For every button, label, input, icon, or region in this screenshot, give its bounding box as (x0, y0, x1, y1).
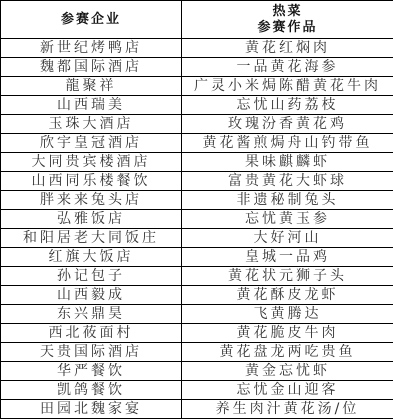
competition-table: 参赛企业 热菜 参赛作品 新世纪烤鸭店黄花红焖肉魏都国际酒店一品黄花海参龍聚祥广… (0, 0, 393, 419)
company-cell: 胖来来兔头店 (1, 191, 182, 210)
company-cell: 大同贵宾楼酒店 (1, 153, 182, 172)
header-company: 参赛企业 (1, 1, 182, 39)
dish-cell: 黄花盘龙两吃贵鱼 (182, 343, 393, 362)
dish-cell: 黄花状元狮子头 (182, 267, 393, 286)
table-row: 龍聚祥广灵小米焗陈醋黄花牛肉 (1, 77, 393, 96)
dish-cell: 黄花酥皮龙虾 (182, 286, 393, 305)
dish-cell: 一品黄花海参 (182, 58, 393, 77)
dish-cell: 非遗秘制兔头 (182, 191, 393, 210)
company-cell: 欣宇皇冠酒店 (1, 134, 182, 153)
table-row: 天贵国际酒店黄花盘龙两吃贵鱼 (1, 343, 393, 362)
table-row: 田园北魏家宴养生肉汁黄花汤/位 (1, 400, 393, 419)
table-row: 西北莜面村黄花脆皮牛肉 (1, 324, 393, 343)
dish-cell: 飞黄腾达 (182, 305, 393, 324)
dish-cell: 忘忧黄玉参 (182, 210, 393, 229)
table-row: 红旗大饭店皇城一品鸡 (1, 248, 393, 267)
company-cell: 山西瑞美 (1, 96, 182, 115)
table-row: 弘雅饭店忘忧黄玉参 (1, 210, 393, 229)
company-cell: 和阳居老大同饭庄 (1, 229, 182, 248)
table-row: 魏都国际酒店一品黄花海参 (1, 58, 393, 77)
header-dish: 热菜 参赛作品 (182, 1, 393, 39)
table-row: 凯鸽餐饮忘忧金山迎客 (1, 381, 393, 400)
table-row: 新世纪烤鸭店黄花红焖肉 (1, 39, 393, 58)
company-cell: 玉珠大酒店 (1, 115, 182, 134)
dish-cell: 黄花酱煎焗舟山钓带鱼 (182, 134, 393, 153)
dish-cell: 皇城一品鸡 (182, 248, 393, 267)
company-cell: 东兴鼎昊 (1, 305, 182, 324)
table-row: 山西同乐楼餐饮富贵黄花大虾球 (1, 172, 393, 191)
dish-cell: 大好河山 (182, 229, 393, 248)
table-row: 山西毅成黄花酥皮龙虾 (1, 286, 393, 305)
company-cell: 华严餐饮 (1, 362, 182, 381)
table-row: 东兴鼎昊飞黄腾达 (1, 305, 393, 324)
dish-cell: 广灵小米焗陈醋黄花牛肉 (182, 77, 393, 96)
company-cell: 西北莜面村 (1, 324, 182, 343)
company-cell: 弘雅饭店 (1, 210, 182, 229)
company-cell: 新世纪烤鸭店 (1, 39, 182, 58)
company-cell: 天贵国际酒店 (1, 343, 182, 362)
company-cell: 凯鸽餐饮 (1, 381, 182, 400)
dish-cell: 忘忧山药荔枝 (182, 96, 393, 115)
header-dish-line2: 参赛作品 (182, 20, 393, 36)
dish-cell: 黄花红焖肉 (182, 39, 393, 58)
company-cell: 龍聚祥 (1, 77, 182, 96)
table-row: 华严餐饮黄金忘忧虾 (1, 362, 393, 381)
dish-cell: 黄金忘忧虾 (182, 362, 393, 381)
dish-cell: 果味麒麟虾 (182, 153, 393, 172)
table-row: 大同贵宾楼酒店果味麒麟虾 (1, 153, 393, 172)
dish-cell: 玫瑰汾香黄花鸡 (182, 115, 393, 134)
company-cell: 山西同乐楼餐饮 (1, 172, 182, 191)
dish-cell: 黄花脆皮牛肉 (182, 324, 393, 343)
table-row: 山西瑞美忘忧山药荔枝 (1, 96, 393, 115)
table-row: 胖来来兔头店非遗秘制兔头 (1, 191, 393, 210)
company-cell: 魏都国际酒店 (1, 58, 182, 77)
table-row: 孙记包子黄花状元狮子头 (1, 267, 393, 286)
company-cell: 田园北魏家宴 (1, 400, 182, 419)
header-dish-line1: 热菜 (182, 4, 393, 20)
dish-cell: 养生肉汁黄花汤/位 (182, 400, 393, 419)
table-row: 玉珠大酒店玫瑰汾香黄花鸡 (1, 115, 393, 134)
header-row: 参赛企业 热菜 参赛作品 (1, 1, 393, 39)
dish-cell: 忘忧金山迎客 (182, 381, 393, 400)
dish-cell: 富贵黄花大虾球 (182, 172, 393, 191)
table-row: 欣宇皇冠酒店黄花酱煎焗舟山钓带鱼 (1, 134, 393, 153)
company-cell: 孙记包子 (1, 267, 182, 286)
company-cell: 红旗大饭店 (1, 248, 182, 267)
table-row: 和阳居老大同饭庄大好河山 (1, 229, 393, 248)
table-body: 新世纪烤鸭店黄花红焖肉魏都国际酒店一品黄花海参龍聚祥广灵小米焗陈醋黄花牛肉山西瑞… (1, 39, 393, 419)
company-cell: 山西毅成 (1, 286, 182, 305)
